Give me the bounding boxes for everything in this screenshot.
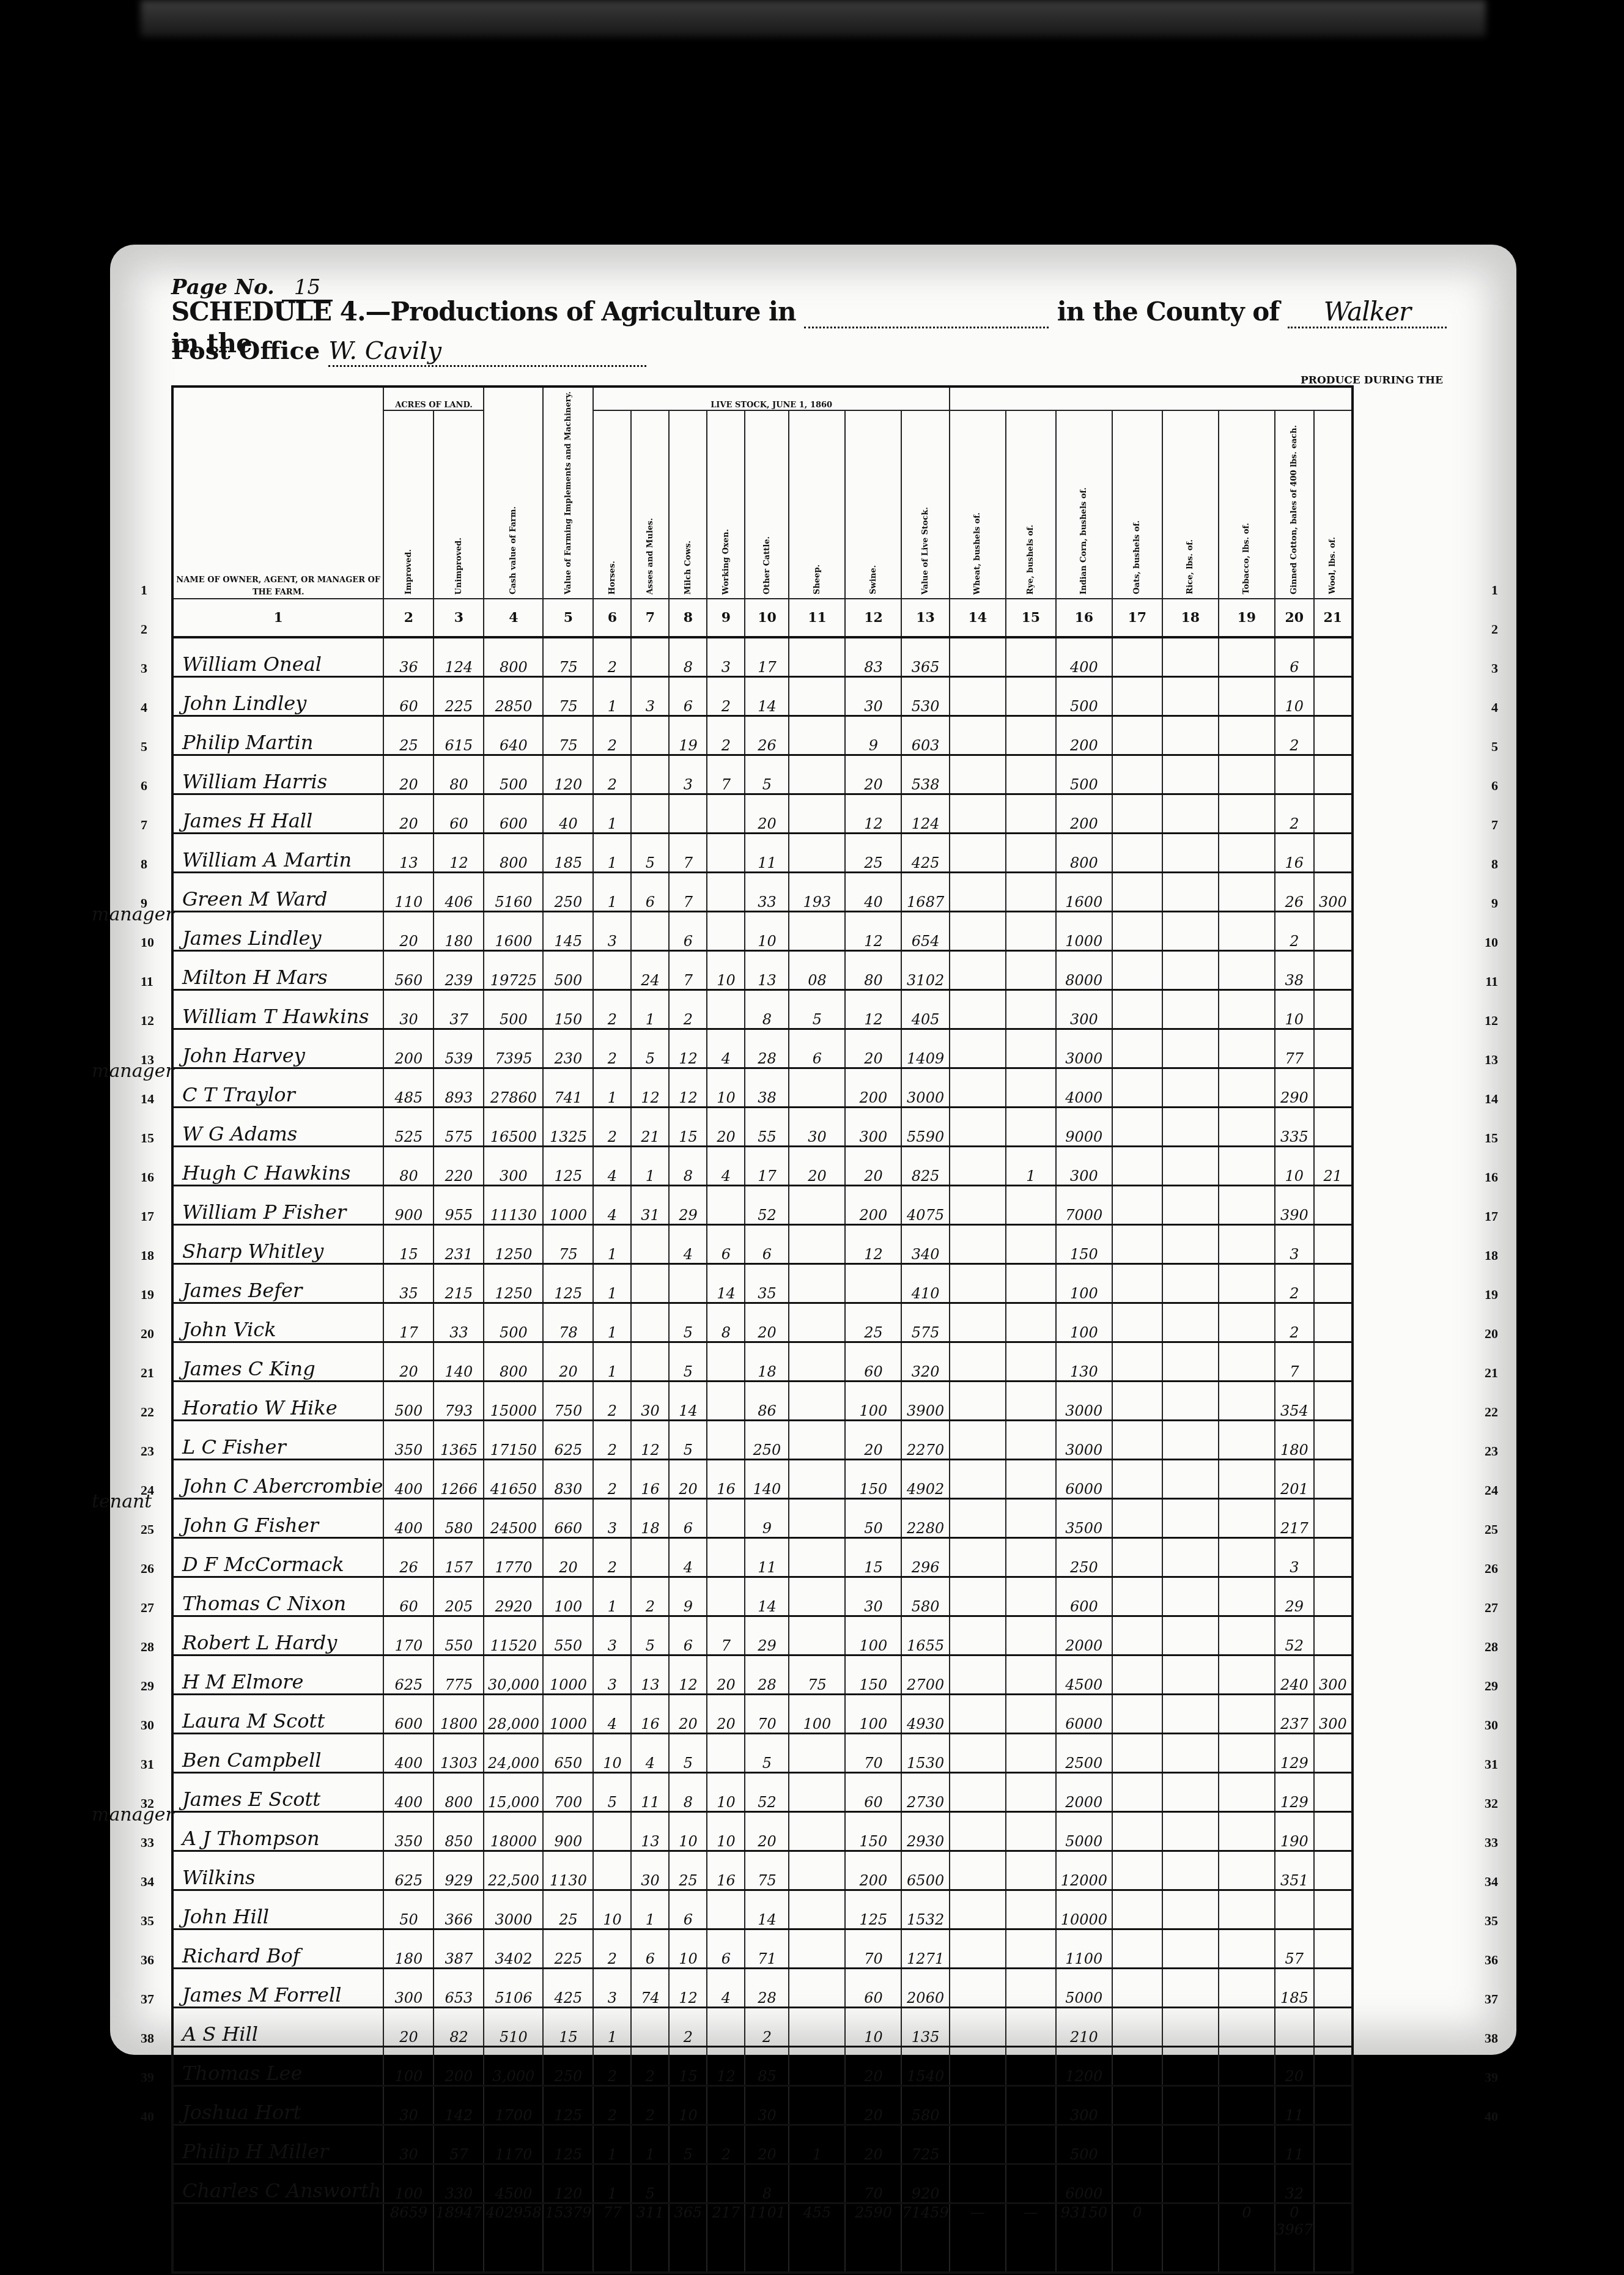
cell-col-12: 20 xyxy=(845,1029,901,1068)
cell-col-10: 20 xyxy=(745,794,789,834)
table-row: Ben Campbell400130324,000650104557015302… xyxy=(172,1734,1353,1773)
row-number: 7 xyxy=(1491,817,1498,833)
owner-name-cell: William P Fisher xyxy=(172,1186,383,1225)
row-number: 29 xyxy=(1485,1678,1498,1694)
cell-col-9 xyxy=(707,1342,745,1382)
table-row: William Harris2080500120237520538500 xyxy=(172,755,1353,794)
cell-col-7 xyxy=(631,1342,669,1382)
cell-col-20: 52 xyxy=(1275,1616,1314,1655)
row-number: 36 xyxy=(1485,1952,1498,1968)
cell-col-4: 24,000 xyxy=(484,1734,543,1773)
cell-col-10: 33 xyxy=(745,873,789,912)
cell-col-13: 603 xyxy=(901,716,949,755)
cell-col-6: 2 xyxy=(593,2086,631,2125)
col-header-7: Asses and Mules. xyxy=(646,514,655,598)
cell-col-16: 10000 xyxy=(1056,1890,1112,1929)
cell-col-15 xyxy=(1006,1695,1056,1734)
cell-col-21 xyxy=(1314,1421,1353,1460)
cell-col-17 xyxy=(1112,873,1162,912)
cell-col-17 xyxy=(1112,1499,1162,1538)
cell-col-9: 4 xyxy=(707,1969,745,2008)
cell-col-11 xyxy=(789,1225,845,1264)
cell-col-8: 15 xyxy=(669,1108,707,1147)
cell-col-2: 30 xyxy=(383,990,434,1029)
cell-col-14 xyxy=(950,1929,1006,1969)
cell-col-9: 2 xyxy=(707,716,745,755)
total-col-4: 402958 xyxy=(484,2203,543,2273)
cell-col-2: 500 xyxy=(383,1382,434,1421)
cell-col-6: 2 xyxy=(593,2047,631,2086)
cell-col-16: 2500 xyxy=(1056,1734,1112,1773)
cell-col-4: 1770 xyxy=(484,1538,543,1577)
cell-col-3: 793 xyxy=(434,1382,484,1421)
row-number: 3 xyxy=(141,660,147,676)
margin-note-manager: manager xyxy=(92,1804,174,1826)
cell-col-14 xyxy=(950,2086,1006,2125)
cell-col-18 xyxy=(1162,951,1219,990)
table-row: Thomas Lee1002003,0002502215128520154012… xyxy=(172,2047,1353,2086)
cell-col-20: 217 xyxy=(1275,1499,1314,1538)
cell-col-5: 20 xyxy=(543,1342,593,1382)
cell-col-18 xyxy=(1162,1342,1219,1382)
cell-col-12: 100 xyxy=(845,1695,901,1734)
cell-col-15 xyxy=(1006,716,1056,755)
cell-col-11: 08 xyxy=(789,951,845,990)
cell-col-2: 110 xyxy=(383,873,434,912)
cell-col-7 xyxy=(631,755,669,794)
cell-col-12: 25 xyxy=(845,1303,901,1342)
cell-col-4: 500 xyxy=(484,755,543,794)
cell-col-6: 3 xyxy=(593,1499,631,1538)
cell-col-14 xyxy=(950,1460,1006,1499)
cell-col-3: 231 xyxy=(434,1225,484,1264)
col-header-3: Unimproved. xyxy=(454,534,463,599)
cell-col-18 xyxy=(1162,1108,1219,1147)
cell-col-6: 1 xyxy=(593,677,631,716)
cell-col-14 xyxy=(950,951,1006,990)
cell-col-3: 1303 xyxy=(434,1734,484,1773)
cell-col-7: 21 xyxy=(631,1108,669,1147)
cell-col-11 xyxy=(789,1421,845,1460)
col-num: 14 xyxy=(950,599,1006,637)
cell-col-4: 7395 xyxy=(484,1029,543,1068)
cell-col-19 xyxy=(1219,2008,1275,2047)
cell-col-16: 3000 xyxy=(1056,1382,1112,1421)
cell-col-15 xyxy=(1006,1890,1056,1929)
cell-col-17 xyxy=(1112,1068,1162,1108)
table-row: Horatio W Hike50079315000750230148610039… xyxy=(172,1382,1353,1421)
cell-col-3: 220 xyxy=(434,1147,484,1186)
cell-col-11 xyxy=(789,1303,845,1342)
cell-col-18 xyxy=(1162,1460,1219,1499)
owner-name-cell: Laura M Scott xyxy=(172,1695,383,1734)
cell-col-8: 8 xyxy=(669,637,707,677)
cell-col-7: 5 xyxy=(631,2164,669,2203)
cell-col-7: 5 xyxy=(631,1029,669,1068)
cell-col-8: 6 xyxy=(669,1499,707,1538)
cell-col-14 xyxy=(950,1068,1006,1108)
cell-col-12: 20 xyxy=(845,1421,901,1460)
table-row: James Lindley20180160014536101265410002 xyxy=(172,912,1353,951)
cell-col-10: 13 xyxy=(745,951,789,990)
total-col-15: — xyxy=(1006,2203,1056,2273)
schedule-place-blank xyxy=(804,297,1049,328)
cell-col-10: 20 xyxy=(745,1812,789,1851)
cell-col-4: 17150 xyxy=(484,1421,543,1460)
cell-col-2: 17 xyxy=(383,1303,434,1342)
cell-col-19 xyxy=(1219,637,1275,677)
cell-col-2: 35 xyxy=(383,1264,434,1303)
cell-col-18 xyxy=(1162,1538,1219,1577)
owner-name-cell: James Befer xyxy=(172,1264,383,1303)
cell-col-3: 1266 xyxy=(434,1460,484,1499)
cell-col-17 xyxy=(1112,794,1162,834)
table-row: John Harvey20053973952302512428620140930… xyxy=(172,1029,1353,1068)
cell-col-4: 600 xyxy=(484,794,543,834)
cell-col-21 xyxy=(1314,1225,1353,1264)
cell-col-2: 20 xyxy=(383,1342,434,1382)
row-number: 12 xyxy=(141,1013,154,1029)
cell-col-6: 1 xyxy=(593,2164,631,2203)
cell-col-18 xyxy=(1162,716,1219,755)
cell-col-7: 6 xyxy=(631,1929,669,1969)
cell-col-11 xyxy=(789,1068,845,1108)
col-num: 21 xyxy=(1314,599,1353,637)
cell-col-2: 100 xyxy=(383,2047,434,2086)
cell-col-14 xyxy=(950,1342,1006,1382)
cell-col-17 xyxy=(1112,1616,1162,1655)
cell-col-16: 300 xyxy=(1056,990,1112,1029)
cell-col-19 xyxy=(1219,2164,1275,2203)
cell-col-16: 400 xyxy=(1056,637,1112,677)
cell-col-9 xyxy=(707,1734,745,1773)
col-header-18: Rice, lbs. of. xyxy=(1186,536,1195,598)
row-number: 38 xyxy=(1485,2030,1498,2046)
cell-col-15 xyxy=(1006,2125,1056,2164)
owner-name-cell: John C Abercrombie xyxy=(172,1460,383,1499)
cell-col-21 xyxy=(1314,1186,1353,1225)
cell-col-9: 2 xyxy=(707,677,745,716)
table-row: C T Traylor48589327860741112121038200300… xyxy=(172,1068,1353,1108)
cell-col-12: 25 xyxy=(845,834,901,873)
cell-col-17 xyxy=(1112,912,1162,951)
cell-col-17 xyxy=(1112,1029,1162,1068)
cell-col-14 xyxy=(950,1499,1006,1538)
owner-name-cell: Robert L Hardy xyxy=(172,1616,383,1655)
cell-col-15 xyxy=(1006,1969,1056,2008)
cell-col-10: 75 xyxy=(745,1851,789,1890)
cell-col-18 xyxy=(1162,873,1219,912)
cell-col-8: 4 xyxy=(669,1225,707,1264)
cell-col-13: 1687 xyxy=(901,873,949,912)
col-num: 6 xyxy=(593,599,631,637)
cell-col-20: 201 xyxy=(1275,1460,1314,1499)
cell-col-12: 20 xyxy=(845,755,901,794)
cell-col-4: 30,000 xyxy=(484,1655,543,1695)
cell-col-16: 6000 xyxy=(1056,2164,1112,2203)
cell-col-12: 12 xyxy=(845,1225,901,1264)
row-number: 31 xyxy=(141,1756,154,1772)
total-col-17: 0 xyxy=(1112,2203,1162,2273)
cell-col-5: 75 xyxy=(543,716,593,755)
cell-col-17 xyxy=(1112,1303,1162,1342)
cell-col-12: 30 xyxy=(845,677,901,716)
cell-col-18 xyxy=(1162,834,1219,873)
row-number: 15 xyxy=(1485,1130,1498,1146)
cell-col-17 xyxy=(1112,677,1162,716)
cell-col-21: 21 xyxy=(1314,1147,1353,1186)
cell-col-5: 830 xyxy=(543,1460,593,1499)
table-row: W G Adams5255751650013252211520553030055… xyxy=(172,1108,1353,1147)
cell-col-19 xyxy=(1219,1773,1275,1812)
cell-col-16: 500 xyxy=(1056,677,1112,716)
county-value: Walker xyxy=(1288,297,1447,328)
cell-col-18 xyxy=(1162,1695,1219,1734)
col-header-2: Improved. xyxy=(404,546,413,598)
cell-col-12: 200 xyxy=(845,1186,901,1225)
cell-col-18 xyxy=(1162,1068,1219,1108)
cell-col-4: 41650 xyxy=(484,1460,543,1499)
cell-col-18 xyxy=(1162,1812,1219,1851)
cell-col-11 xyxy=(789,1773,845,1812)
cell-col-21 xyxy=(1314,2164,1353,2203)
cell-col-17 xyxy=(1112,1734,1162,1773)
cell-col-4: 500 xyxy=(484,1303,543,1342)
cell-col-14 xyxy=(950,1225,1006,1264)
cell-col-17 xyxy=(1112,1890,1162,1929)
cell-col-11 xyxy=(789,2086,845,2125)
cell-col-21 xyxy=(1314,1068,1353,1108)
cell-col-3: 615 xyxy=(434,716,484,755)
cell-col-13: 296 xyxy=(901,1538,949,1577)
row-number: 10 xyxy=(1485,934,1498,950)
cell-col-11 xyxy=(789,1616,845,1655)
cell-col-21: 300 xyxy=(1314,1695,1353,1734)
row-number: 33 xyxy=(141,1835,154,1851)
cell-col-4: 5160 xyxy=(484,873,543,912)
cell-col-19 xyxy=(1219,1342,1275,1382)
cell-col-2: 600 xyxy=(383,1695,434,1734)
cell-col-2: 15 xyxy=(383,1225,434,1264)
cell-col-15 xyxy=(1006,1068,1056,1108)
row-number: 36 xyxy=(141,1952,154,1968)
col-num: 8 xyxy=(669,599,707,637)
cell-col-10: 28 xyxy=(745,1969,789,2008)
cell-col-6: 2 xyxy=(593,755,631,794)
cell-col-2: 625 xyxy=(383,1655,434,1695)
cell-col-17 xyxy=(1112,755,1162,794)
cell-col-4: 640 xyxy=(484,716,543,755)
cell-col-11 xyxy=(789,2047,845,2086)
cell-col-2: 180 xyxy=(383,1929,434,1969)
row-number: 25 xyxy=(1485,1522,1498,1537)
cell-col-20: 10 xyxy=(1275,1147,1314,1186)
cell-col-20: 11 xyxy=(1275,2086,1314,2125)
cell-col-7 xyxy=(631,1303,669,1342)
cell-col-2: 525 xyxy=(383,1108,434,1147)
owner-name-cell: Charles C Answorth xyxy=(172,2164,383,2203)
cell-col-6: 2 xyxy=(593,637,631,677)
total-col-6: 77 xyxy=(593,2203,631,2273)
cell-col-20: 2 xyxy=(1275,912,1314,951)
cell-col-4: 22,500 xyxy=(484,1851,543,1890)
cell-col-20: 29 xyxy=(1275,1577,1314,1616)
cell-col-16: 600 xyxy=(1056,1577,1112,1616)
cell-col-11 xyxy=(789,1382,845,1421)
cell-col-10: 140 xyxy=(745,1460,789,1499)
cell-col-18 xyxy=(1162,1303,1219,1342)
col-header-13: Value of Live Stock. xyxy=(921,503,930,598)
cell-col-7: 30 xyxy=(631,1382,669,1421)
cell-col-9 xyxy=(707,1890,745,1929)
cell-col-21 xyxy=(1314,1890,1353,1929)
cell-col-13: 580 xyxy=(901,1577,949,1616)
cell-col-15 xyxy=(1006,1734,1056,1773)
cell-col-4: 1170 xyxy=(484,2125,543,2164)
cell-col-2: 200 xyxy=(383,1029,434,1068)
cell-col-14 xyxy=(950,1969,1006,2008)
cell-col-5: 650 xyxy=(543,1734,593,1773)
cell-col-14 xyxy=(950,2125,1006,2164)
cell-col-10: 30 xyxy=(745,2086,789,2125)
cell-col-14 xyxy=(950,1147,1006,1186)
cell-col-18 xyxy=(1162,1147,1219,1186)
cell-col-16: 200 xyxy=(1056,716,1112,755)
cell-col-6: 1 xyxy=(593,1068,631,1108)
cell-col-15 xyxy=(1006,912,1056,951)
cell-col-10: 14 xyxy=(745,1890,789,1929)
cell-col-19 xyxy=(1219,1851,1275,1890)
cell-col-15 xyxy=(1006,2086,1056,2125)
cell-col-6: 1 xyxy=(593,2125,631,2164)
cell-col-10: 28 xyxy=(745,1655,789,1695)
cell-col-11: 193 xyxy=(789,873,845,912)
cell-col-19 xyxy=(1219,1812,1275,1851)
row-number: 12 xyxy=(1485,1013,1498,1029)
cell-col-14 xyxy=(950,1382,1006,1421)
cell-col-19 xyxy=(1219,1499,1275,1538)
cell-col-9 xyxy=(707,1186,745,1225)
cell-col-20: 129 xyxy=(1275,1734,1314,1773)
cell-col-13: 530 xyxy=(901,677,949,716)
cell-col-7: 74 xyxy=(631,1969,669,2008)
cell-col-7: 12 xyxy=(631,1421,669,1460)
owner-name-cell: C T Traylor xyxy=(172,1068,383,1108)
cell-col-8 xyxy=(669,2164,707,2203)
cell-col-12: 20 xyxy=(845,2086,901,2125)
cell-col-4: 3000 xyxy=(484,1890,543,1929)
cell-col-15 xyxy=(1006,1655,1056,1695)
cell-col-2: 30 xyxy=(383,2125,434,2164)
cell-col-8: 4 xyxy=(669,1538,707,1577)
cell-col-10: 35 xyxy=(745,1264,789,1303)
cell-col-20: 57 xyxy=(1275,1929,1314,1969)
cell-col-5: 75 xyxy=(543,637,593,677)
cell-col-3: 775 xyxy=(434,1655,484,1695)
cell-col-11 xyxy=(789,637,845,677)
cell-col-21 xyxy=(1314,794,1353,834)
cell-col-2: 400 xyxy=(383,1499,434,1538)
cell-col-19 xyxy=(1219,1929,1275,1969)
row-number: 29 xyxy=(141,1678,154,1694)
row-number: 8 xyxy=(1491,856,1498,872)
cell-col-16: 300 xyxy=(1056,1147,1112,1186)
table-row: William A Martin131280018515711254258001… xyxy=(172,834,1353,873)
cell-col-13: 1540 xyxy=(901,2047,949,2086)
cell-col-10: 26 xyxy=(745,716,789,755)
cell-col-13: 4075 xyxy=(901,1186,949,1225)
cell-col-6: 2 xyxy=(593,1538,631,1577)
cell-col-6: 10 xyxy=(593,1890,631,1929)
cell-col-18 xyxy=(1162,755,1219,794)
cell-col-10: 71 xyxy=(745,1929,789,1969)
total-col-5: 15379 xyxy=(543,2203,593,2273)
cell-col-10: 11 xyxy=(745,834,789,873)
cell-col-12: 60 xyxy=(845,1342,901,1382)
cell-col-19 xyxy=(1219,873,1275,912)
cell-col-11 xyxy=(789,912,845,951)
cell-col-5: 1325 xyxy=(543,1108,593,1147)
cell-col-16: 500 xyxy=(1056,755,1112,794)
cell-col-12 xyxy=(845,1264,901,1303)
cell-col-14 xyxy=(950,2164,1006,2203)
cell-col-16: 4000 xyxy=(1056,1068,1112,1108)
cell-col-9 xyxy=(707,1577,745,1616)
cell-col-13: 538 xyxy=(901,755,949,794)
row-number: 22 xyxy=(1485,1404,1498,1420)
cell-col-15: 1 xyxy=(1006,1147,1056,1186)
cell-col-18 xyxy=(1162,1969,1219,2008)
cell-col-19 xyxy=(1219,1421,1275,1460)
cell-col-14 xyxy=(950,716,1006,755)
cell-col-2: 300 xyxy=(383,1969,434,2008)
cell-col-8: 12 xyxy=(669,1029,707,1068)
cell-col-16: 150 xyxy=(1056,1225,1112,1264)
cell-col-21 xyxy=(1314,912,1353,951)
cell-col-5: 225 xyxy=(543,1929,593,1969)
table-row: James C King20140800201518603201307 xyxy=(172,1342,1353,1382)
cell-col-7: 2 xyxy=(631,1577,669,1616)
row-number: 2 xyxy=(141,621,147,637)
owner-name-cell: James C King xyxy=(172,1342,383,1382)
cell-col-3: 215 xyxy=(434,1264,484,1303)
row-number: 40 xyxy=(141,2109,154,2125)
cell-col-13: 5590 xyxy=(901,1108,949,1147)
col-num: 11 xyxy=(789,599,845,637)
cell-col-10: 20 xyxy=(745,1303,789,1342)
totals-label-cell xyxy=(172,2203,383,2273)
table-row: Richard Bof18038734022252610671701271110… xyxy=(172,1929,1353,1969)
cell-col-4: 300 xyxy=(484,1147,543,1186)
row-number: 17 xyxy=(1485,1208,1498,1224)
cell-col-5: 15 xyxy=(543,2008,593,2047)
cell-col-20: 390 xyxy=(1275,1186,1314,1225)
cell-col-12: 83 xyxy=(845,637,901,677)
cell-col-21 xyxy=(1314,1538,1353,1577)
row-number: 16 xyxy=(141,1169,154,1185)
cell-col-18 xyxy=(1162,1225,1219,1264)
cell-col-11 xyxy=(789,1538,845,1577)
row-number: 34 xyxy=(1485,1874,1498,1890)
cell-col-4: 3402 xyxy=(484,1929,543,1969)
cell-col-5: 750 xyxy=(543,1382,593,1421)
cell-col-7 xyxy=(631,1264,669,1303)
cell-col-14 xyxy=(950,873,1006,912)
cell-col-5: 145 xyxy=(543,912,593,951)
col-num: 15 xyxy=(1006,599,1056,637)
cell-col-13: 4930 xyxy=(901,1695,949,1734)
cell-col-5: 150 xyxy=(543,990,593,1029)
